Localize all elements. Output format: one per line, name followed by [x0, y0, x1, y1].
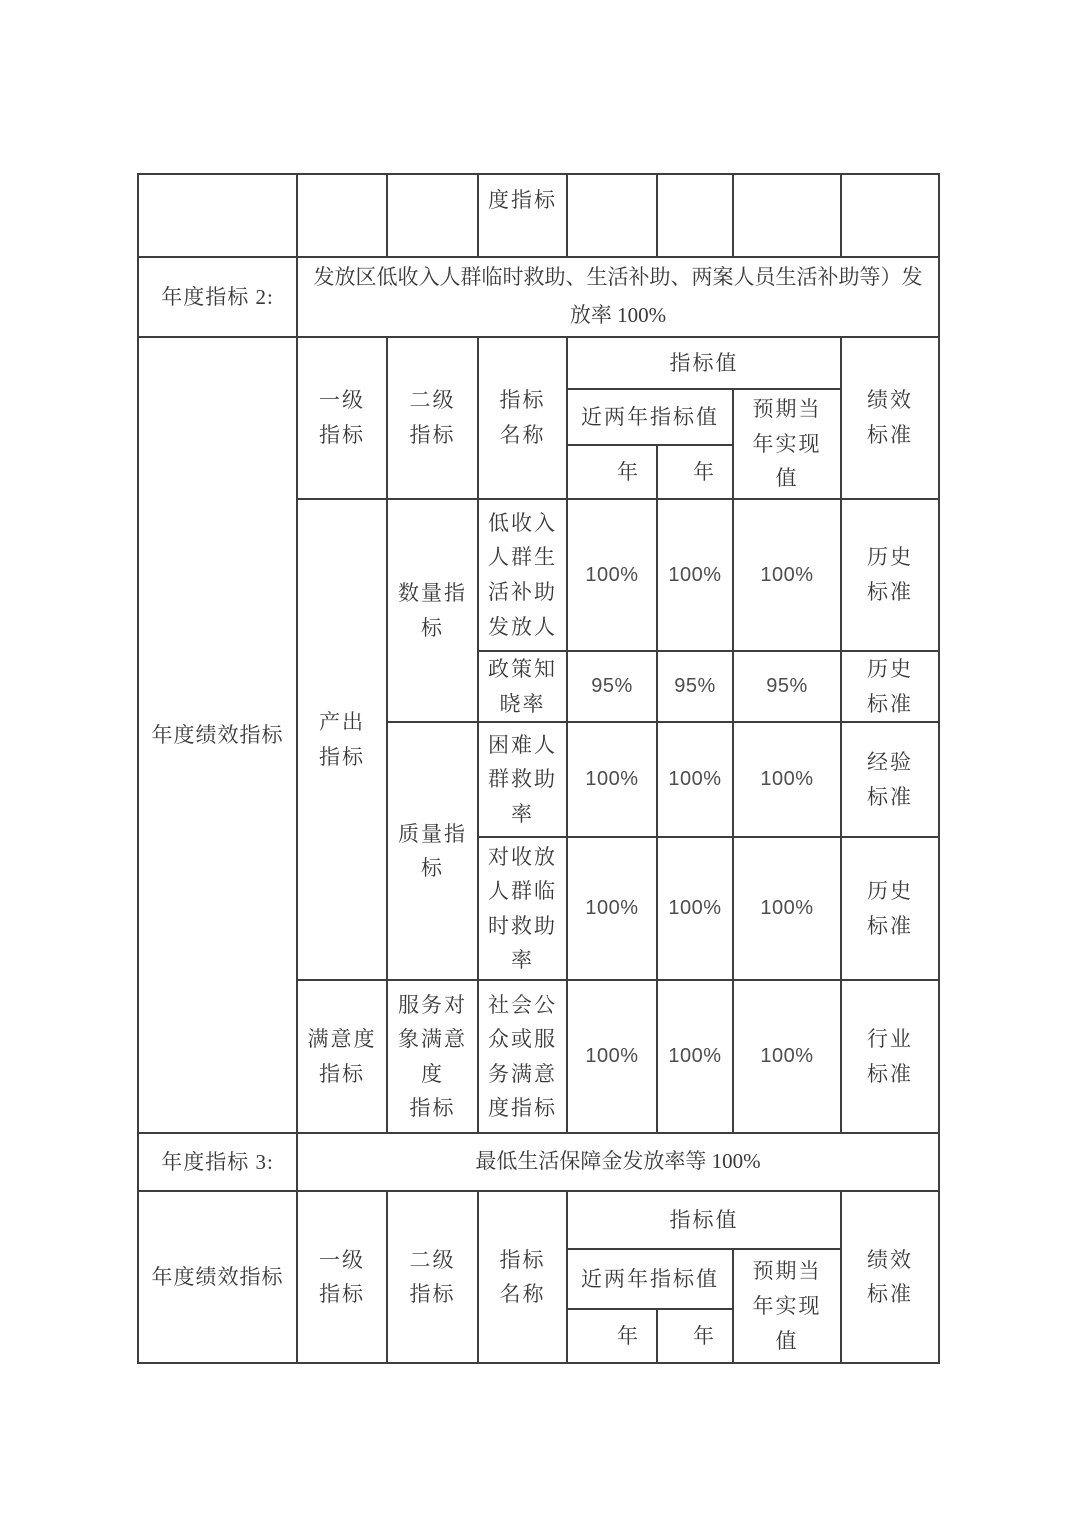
cell-continuation-fragment: 度指标: [478, 174, 567, 257]
cell-value-year1: 100%: [567, 722, 657, 837]
cell-header-level1: 一级 指标: [297, 337, 387, 499]
cell-header-performance-standard-b: 绩效 标准: [841, 1191, 939, 1363]
cell-header-level1-b: 一级 指标: [297, 1191, 387, 1363]
cell-header-value-group-b: 指标值: [567, 1191, 841, 1249]
cell-header-indicator-name-b: 指标 名称: [478, 1191, 567, 1363]
empty-cell: [733, 174, 841, 257]
cell-value-year2: 95%: [657, 651, 733, 722]
cell-value-year1: 100%: [567, 499, 657, 651]
cell-header-recent-two-years: 近两年指标值: [567, 389, 733, 445]
empty-cell: [657, 174, 733, 257]
cell-indicator-name: 对收放 人群临 时救助 率: [478, 837, 567, 980]
cell-header-indicator-name: 指标 名称: [478, 337, 567, 499]
cell-value-expected: 100%: [733, 499, 841, 651]
cell-level2-service-satisfaction: 服务对 象满意 度 指标: [387, 980, 478, 1133]
cell-annual-indicator-3-text: 最低生活保障金发放率等 100%: [297, 1133, 939, 1191]
empty-cell: [297, 174, 387, 257]
cell-header-expected-value: 预期当 年实现 值: [733, 389, 841, 499]
cell-level1-output: 产出 指标: [297, 499, 387, 980]
cell-value-year2: 100%: [657, 499, 733, 651]
cell-standard: 历史 标准: [841, 499, 939, 651]
cell-value-expected: 100%: [733, 837, 841, 980]
cell-header-value-group: 指标值: [567, 337, 841, 389]
cell-value-year1: 100%: [567, 837, 657, 980]
header-row-1b: 年度绩效指标 一级 指标 二级 指标 指标 名称 指标值 绩效 标准: [138, 1191, 939, 1249]
empty-cell: [567, 174, 657, 257]
cell-header-year-1: 年: [567, 445, 657, 499]
cell-annual-indicator-3-label: 年度指标 3:: [138, 1133, 297, 1191]
header-row-1: 年度绩效指标 一级 指标 二级 指标 指标 名称 指标值 绩效 标准: [138, 337, 939, 389]
cell-value-year2: 100%: [657, 837, 733, 980]
cell-indicator-name: 政策知 晓率: [478, 651, 567, 722]
cell-level1-satisfaction: 满意度 指标: [297, 980, 387, 1133]
cell-header-row-label-b: 年度绩效指标: [138, 1191, 297, 1363]
empty-cell: [387, 174, 478, 257]
cell-level2-quantity: 数量指 标: [387, 499, 478, 722]
performance-indicator-table: 度指标 年度指标 2: 发放区低收入人群临时救助、生活补助、两案人员生活补助等）…: [137, 173, 940, 1364]
document-page: 度指标 年度指标 2: 发放区低收入人群临时救助、生活补助、两案人员生活补助等）…: [0, 0, 1074, 1520]
cell-standard: 经验 标准: [841, 722, 939, 837]
cell-value-year1: 100%: [567, 980, 657, 1133]
cell-standard: 历史 标准: [841, 651, 939, 722]
cell-header-performance-standard: 绩效 标准: [841, 337, 939, 499]
annual-indicator-3-row: 年度指标 3: 最低生活保障金发放率等 100%: [138, 1133, 939, 1191]
cell-value-year2: 100%: [657, 980, 733, 1133]
cell-value-year1: 95%: [567, 651, 657, 722]
cell-header-recent-two-years-b: 近两年指标值: [567, 1249, 733, 1309]
cell-header-year-1b: 年: [567, 1309, 657, 1363]
cell-standard: 行业 标准: [841, 980, 939, 1133]
empty-cell: [841, 174, 939, 257]
cell-header-level2: 二级 指标: [387, 337, 478, 499]
cell-standard: 历史 标准: [841, 837, 939, 980]
cell-indicator-name: 社会公 众或服 务满意 度指标: [478, 980, 567, 1133]
cell-header-year-2b: 年: [657, 1309, 733, 1363]
cell-header-row-label: 年度绩效指标: [138, 337, 297, 1133]
annual-indicator-2-row: 年度指标 2: 发放区低收入人群临时救助、生活补助、两案人员生活补助等）发 放率…: [138, 257, 939, 337]
cell-value-year2: 100%: [657, 722, 733, 837]
cell-indicator-name: 困难人 群救助 率: [478, 722, 567, 837]
cell-annual-indicator-2-label: 年度指标 2:: [138, 257, 297, 337]
cell-indicator-name: 低收入 人群生 活补助 发放人: [478, 499, 567, 651]
cell-value-expected: 100%: [733, 722, 841, 837]
cell-header-level2-b: 二级 指标: [387, 1191, 478, 1363]
cell-header-expected-value-b: 预期当 年实现 值: [733, 1249, 841, 1363]
cell-annual-indicator-2-text: 发放区低收入人群临时救助、生活补助、两案人员生活补助等）发 放率 100%: [297, 257, 939, 337]
empty-cell: [138, 174, 297, 257]
cell-value-expected: 95%: [733, 651, 841, 722]
cell-header-year-2: 年: [657, 445, 733, 499]
continuation-row: 度指标: [138, 174, 939, 257]
cell-value-expected: 100%: [733, 980, 841, 1133]
cell-level2-quality: 质量指 标: [387, 722, 478, 980]
